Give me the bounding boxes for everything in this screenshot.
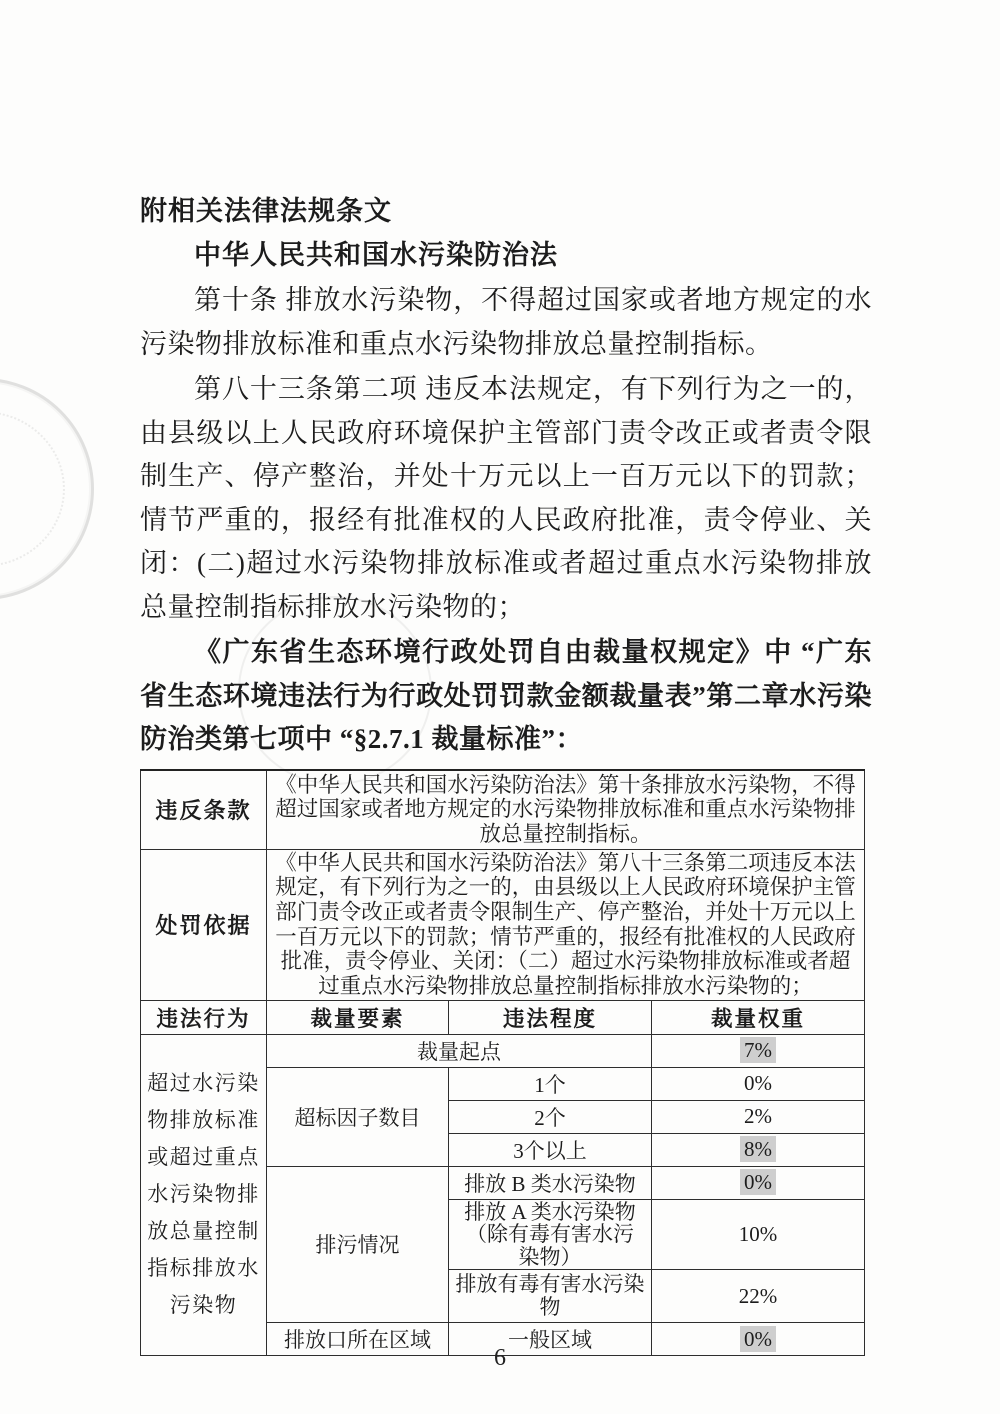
header-discretion-weight: 裁量权重	[652, 1000, 865, 1034]
paragraph-article-83: 第八十三条第二项 违反本法规定，有下列行为之一的，由县级以上人民政府环境保护主管…	[140, 368, 872, 629]
penalty-basis-content: 《中华人民共和国水污染防治法》第八十三条第二项违反本法规定，有下列行为之一的，由…	[267, 849, 865, 1000]
table-row-violated-clause: 违反条款 《中华人民共和国水污染防治法》第十条排放水污染物，不得超过国家或者地方…	[141, 770, 865, 850]
factor-discharge-situation: 排污情况	[267, 1166, 449, 1323]
law-title-heading: 中华人民共和国水污染防治法	[140, 233, 872, 277]
degree-cell: 2个	[449, 1100, 652, 1133]
weight-cell: 0%	[652, 1067, 865, 1100]
table-row-starting-point: 超过水污染物排放标准或超过重点水污染物排放总量控制指标排放水污染物 裁量起点 7…	[141, 1034, 865, 1067]
factor-exceed-count: 超标因子数目	[267, 1067, 449, 1166]
header-violation-behavior: 违法行为	[141, 1000, 267, 1034]
weight-cell: 8%	[652, 1133, 865, 1166]
weight-cell: 10%	[652, 1199, 865, 1270]
header-discretion-factor: 裁量要素	[267, 1000, 449, 1034]
degree-cell: 3个以上	[449, 1133, 652, 1166]
weight-cell: 7%	[652, 1034, 865, 1067]
weight-cell: 2%	[652, 1100, 865, 1133]
stamp-ghost-left	[0, 378, 94, 600]
page-number: 6	[0, 1345, 1000, 1372]
appendix-heading: 附相关法律法规条文	[140, 190, 872, 233]
weight-value: 7%	[740, 1037, 776, 1063]
weight-cell: 0%	[652, 1166, 865, 1199]
degree-cell: 排放有毒有害水污染物	[449, 1270, 652, 1323]
header-violation-degree: 违法程度	[449, 1000, 652, 1034]
weight-value: 0%	[744, 1071, 772, 1095]
degree-cell: 1个	[449, 1067, 652, 1100]
weight-value: 22%	[739, 1284, 778, 1308]
scanned-document-page: 附相关法律法规条文 中华人民共和国水污染防治法 第十条 排放水污染物，不得超过国…	[0, 0, 1000, 1414]
weight-value: 2%	[744, 1104, 772, 1128]
degree-cell: 排放 A 类水污染物（除有毒有害水污染物）	[449, 1199, 652, 1270]
weight-value: 8%	[740, 1136, 776, 1162]
weight-cell: 22%	[652, 1270, 865, 1323]
table-header-row: 违法行为 裁量要素 违法程度 裁量权重	[141, 1000, 865, 1034]
weight-value: 10%	[739, 1222, 778, 1246]
document-body: 附相关法律法规条文 中华人民共和国水污染防治法 第十条 排放水污染物，不得超过国…	[140, 190, 872, 1356]
penalty-basis-label: 处罚依据	[141, 849, 267, 1000]
violated-clause-content: 《中华人民共和国水污染防治法》第十条排放水污染物，不得超过国家或者地方规定的水污…	[267, 770, 865, 850]
paragraph-article-10: 第十条 排放水污染物，不得超过国家或者地方规定的水污染物排放标准和重点水污染物排…	[140, 279, 872, 366]
discretion-standard-table: 违反条款 《中华人民共和国水污染防治法》第十条排放水污染物，不得超过国家或者地方…	[140, 769, 865, 1357]
weight-value: 0%	[740, 1169, 776, 1195]
table-row-penalty-basis: 处罚依据 《中华人民共和国水污染防治法》第八十三条第二项违反本法规定，有下列行为…	[141, 849, 865, 1000]
violation-behavior-cell: 超过水污染物排放标准或超过重点水污染物排放总量控制指标排放水污染物	[141, 1034, 267, 1356]
violated-clause-label: 违反条款	[141, 770, 267, 850]
paragraph-guangdong-regulation: 《广东省生态环境行政处罚自由裁量权规定》中 “广东省生态环境违法行为行政处罚罚款…	[140, 631, 872, 762]
factor-starting-point: 裁量起点	[267, 1034, 652, 1067]
degree-cell: 排放 B 类水污染物	[449, 1166, 652, 1199]
